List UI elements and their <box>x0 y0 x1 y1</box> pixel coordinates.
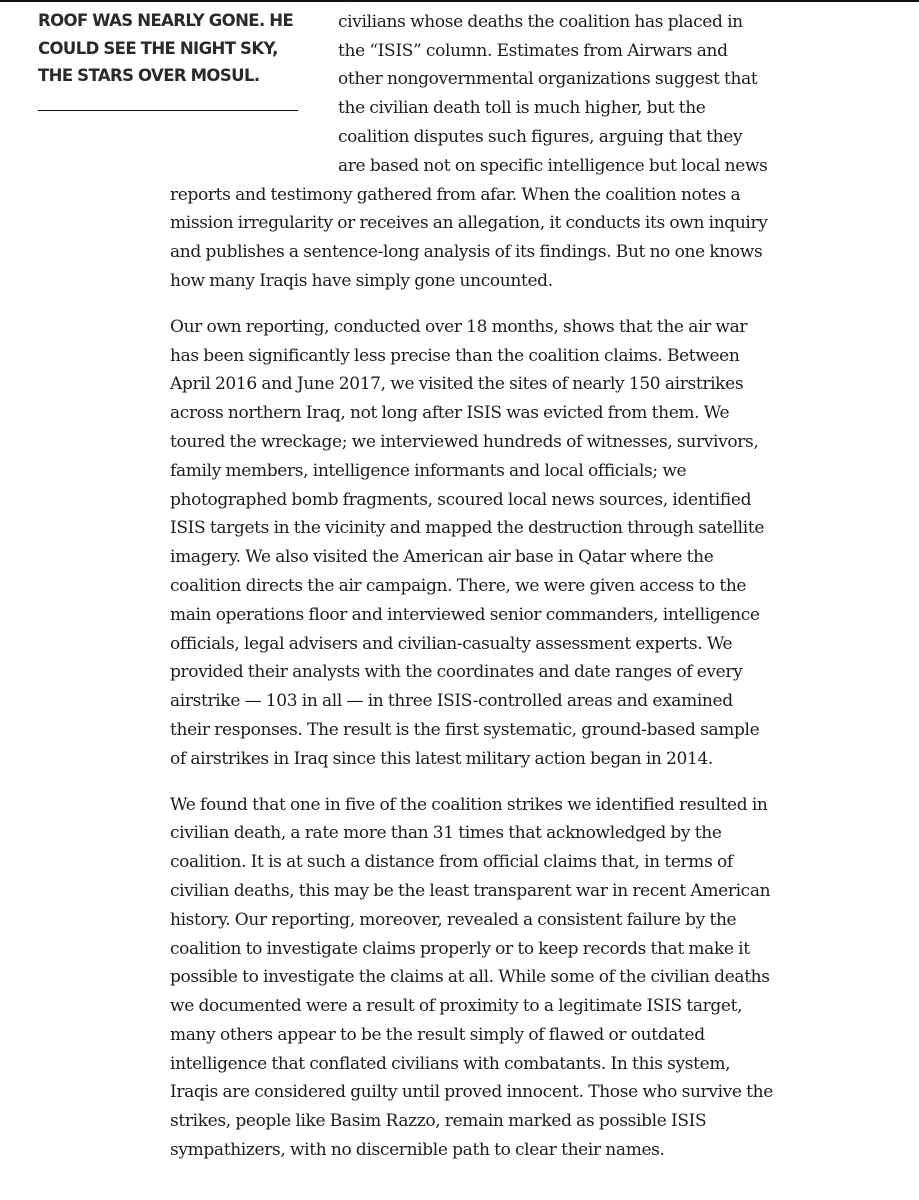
article-paragraph-2: Our own reporting, conducted over 18 mon… <box>170 313 774 774</box>
pull-quote-rule <box>38 110 298 111</box>
article-paragraph-3: We found that one in five of the coaliti… <box>170 791 774 1165</box>
article-body: ROOF WAS NEARLY GONE. HE COULD SEE THE N… <box>170 0 774 1182</box>
pull-quote: ROOF WAS NEARLY GONE. HE COULD SEE THE N… <box>38 0 338 171</box>
pull-quote-text: ROOF WAS NEARLY GONE. HE COULD SEE THE N… <box>38 7 298 90</box>
clipped-previous-line: ay have been killed as there are deaths … <box>338 0 774 8</box>
